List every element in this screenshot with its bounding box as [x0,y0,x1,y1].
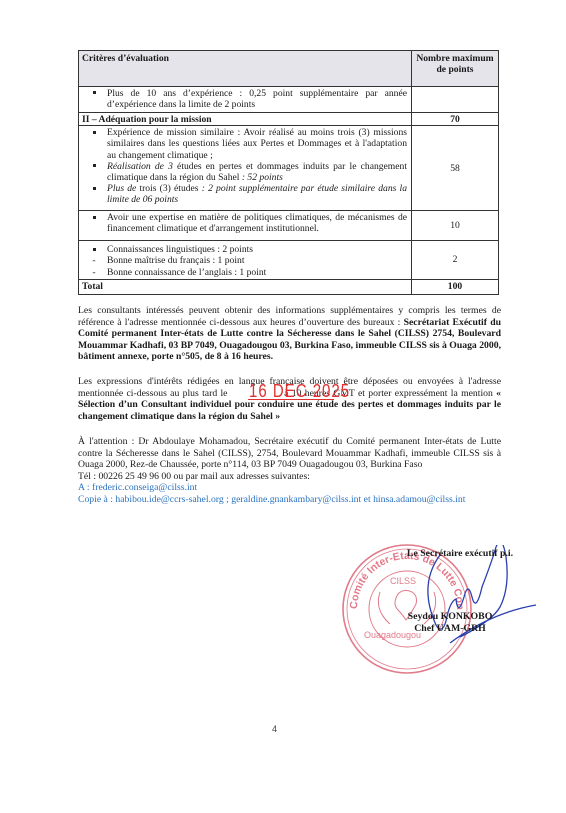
evaluation-criteria-table: Critères d’évaluation Nombre maximum de … [78,50,499,295]
bullet-icon [89,244,99,255]
list-item: Avoir une expertise en matière de politi… [79,212,407,234]
page-number: 4 [272,724,277,734]
table-row: Connaissances linguistiques : 2 points -… [79,241,499,280]
bullet-icon [89,88,99,99]
table-row: Expérience de mission similaire : Avoir … [79,126,499,211]
list-item: Réalisation de 3 études en pertes et dom… [79,161,407,183]
cc-email-link[interactable]: hinsa.adamou@cilss.int [373,494,465,505]
table-row: Plus de 10 ans d’expérience : 0,25 point… [79,87,499,113]
section-points: 70 [412,113,499,126]
list-item: -Bonne connaissance de l’anglais : 1 poi… [79,267,407,278]
bullet-icon [89,212,99,223]
cc-line: Copie à : habibou.ide@ccrs-sahel.org ; g… [78,494,501,506]
handwritten-signature-icon [410,545,540,650]
section-title: II – Adéquation pour la mission [79,113,412,126]
table-row: Avoir une expertise en matière de politi… [79,211,499,241]
dash-icon: - [89,267,99,278]
list-item: Connaissances linguistiques : 2 points [79,244,407,255]
table-header-row: Critères d’évaluation Nombre maximum de … [79,51,499,87]
signatory-title: Le Secrétaire exécutif p.i. [400,548,520,559]
total-row: Total 100 [79,279,499,294]
points-cell: 58 [412,126,499,211]
list-item: -Bonne maîtrise du français : 1 point [79,255,407,266]
document-page: Critères d’évaluation Nombre maximum de … [0,0,566,813]
dash-icon: - [89,255,99,266]
criteria-header: Critères d’évaluation [79,51,412,87]
info-paragraph: Les consultants intéressés peuvent obten… [78,305,501,363]
points-cell: 2 [412,241,499,280]
list-item: Expérience de mission similaire : Avoir … [79,127,407,161]
section-row: II – Adéquation pour la mission 70 [79,113,499,126]
list-item: Plus de trois (3) études : 2 point suppl… [79,183,407,205]
signatory-role: Chef UAM-GRH [390,623,510,634]
bullet-icon [89,161,99,172]
total-label: Total [79,279,412,294]
bullet-icon [89,127,99,138]
cc-email-link[interactable]: geraldine.gnankambary@cilss.int [231,494,361,505]
signatory-name: Seydou KONKOBO [390,611,510,622]
stamp-underline [248,399,334,400]
points-header: Nombre maximum de points [412,51,499,87]
list-item: Plus de 10 ans d’expérience : 0,25 point… [79,88,407,110]
attention-paragraph: À l'attention : Dr Abdoulaye Mohamadou, … [78,436,501,506]
to-line: A : frederic.conseiga@cilss.int [78,482,501,494]
points-cell: 10 [412,211,499,241]
points-cell [412,87,499,113]
to-email-link[interactable]: frederic.conseiga@cilss.int [92,482,197,493]
cc-email-link[interactable]: habibou.ide@ccrs-sahel.org [115,494,223,505]
total-points: 100 [412,279,499,294]
bullet-icon [89,183,99,194]
